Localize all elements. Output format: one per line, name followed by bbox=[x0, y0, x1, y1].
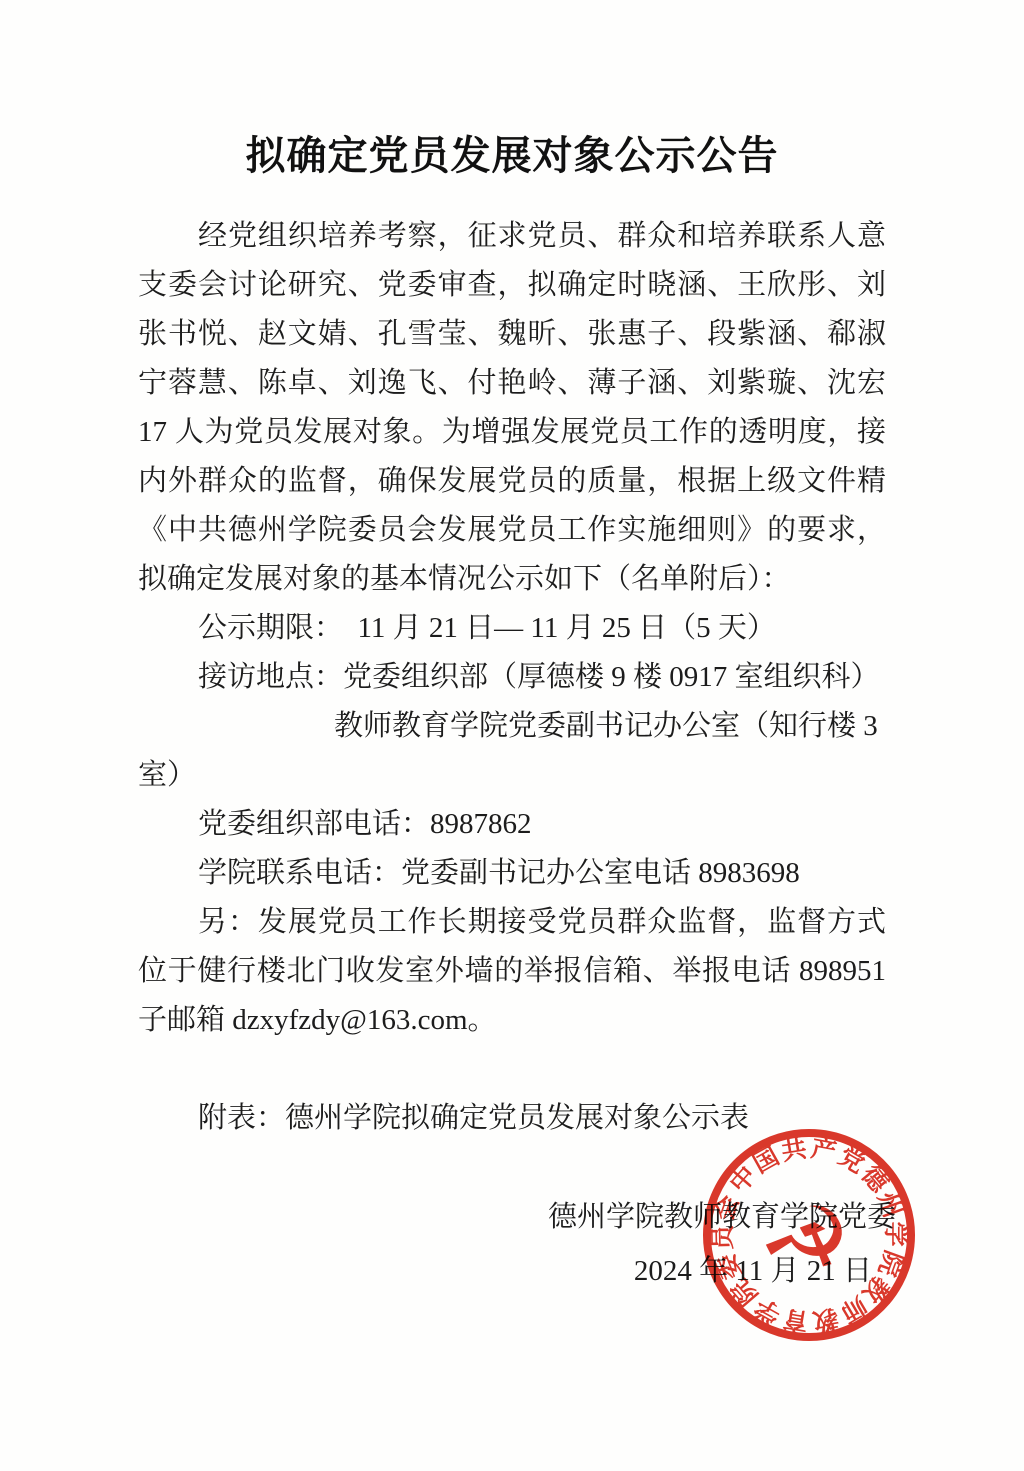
paragraph-line: 支委会讨论研究、党委审查，拟确定时晓涵、王欣彤、刘芳瑜、 bbox=[138, 261, 886, 310]
reception-location-line: 教师教育学院党委副书记办公室（知行楼 301 bbox=[138, 702, 886, 751]
paragraph-line: 宁蓉慧、陈卓、刘逸飞、付艳岭、薄子涵、刘紫璇、沈宏喜等 bbox=[138, 359, 886, 408]
signature-organization: 德州学院教师教育学院党委 bbox=[548, 1197, 896, 1237]
publicity-period-line: 公示期限： 11 月 21 日— 11 月 25 日（5 天） bbox=[138, 604, 886, 653]
document-title: 拟确定党员发展对象公示公告 bbox=[138, 126, 886, 186]
paragraph-line: 17 人为党员发展对象。为增强发展党员工作的透明度，接受党 bbox=[138, 408, 886, 457]
paragraph-line: 经党组织培养考察，征求党员、群众和培养联系人意见， bbox=[138, 212, 886, 261]
paragraph-line: 拟确定发展对象的基本情况公示如下（名单附后）： bbox=[138, 555, 886, 604]
paragraph-line: 《中共德州学院委员会发展党员工作实施细则》的要求，现将 bbox=[138, 506, 886, 555]
supervision-line: 子邮箱 dzxyfzdy@163.com。 bbox=[138, 996, 886, 1045]
reception-location-line: 室） bbox=[138, 751, 886, 800]
attachment-line: 附表：德州学院拟确定党员发展对象公示表 bbox=[138, 1094, 886, 1143]
paragraph-line: 内外群众的监督，确保发展党员的质量，根据上级文件精神和 bbox=[138, 457, 886, 506]
supervision-line: 位于健行楼北门收发室外墙的举报信箱、举报电话 8989516、电 bbox=[138, 947, 886, 996]
signature-date: 2024 年 11 月 21 日 bbox=[634, 1251, 872, 1291]
scanned-document-page: 拟确定党员发展对象公示公告 经党组织培养考察，征求党员、群众和培养联系人意见， … bbox=[0, 0, 1024, 1471]
supervision-line: 另：发展党员工作长期接受党员群众监督，监督方式包括 bbox=[138, 898, 886, 947]
college-phone-line: 学院联系电话：党委副书记办公室电话 8983698 bbox=[138, 849, 886, 898]
org-dept-phone-line: 党委组织部电话：8987862 bbox=[138, 800, 886, 849]
paragraph-line: 张书悦、赵文婧、孔雪莹、魏昕、张惠子、段紫涵、郗淑婷、 bbox=[138, 310, 886, 359]
document-body: 经党组织培养考察，征求党员、群众和培养联系人意见， 支委会讨论研究、党委审查，拟… bbox=[138, 212, 886, 1143]
reception-location-line: 接访地点：党委组织部（厚德楼 9 楼 0917 室组织科） bbox=[138, 653, 886, 702]
